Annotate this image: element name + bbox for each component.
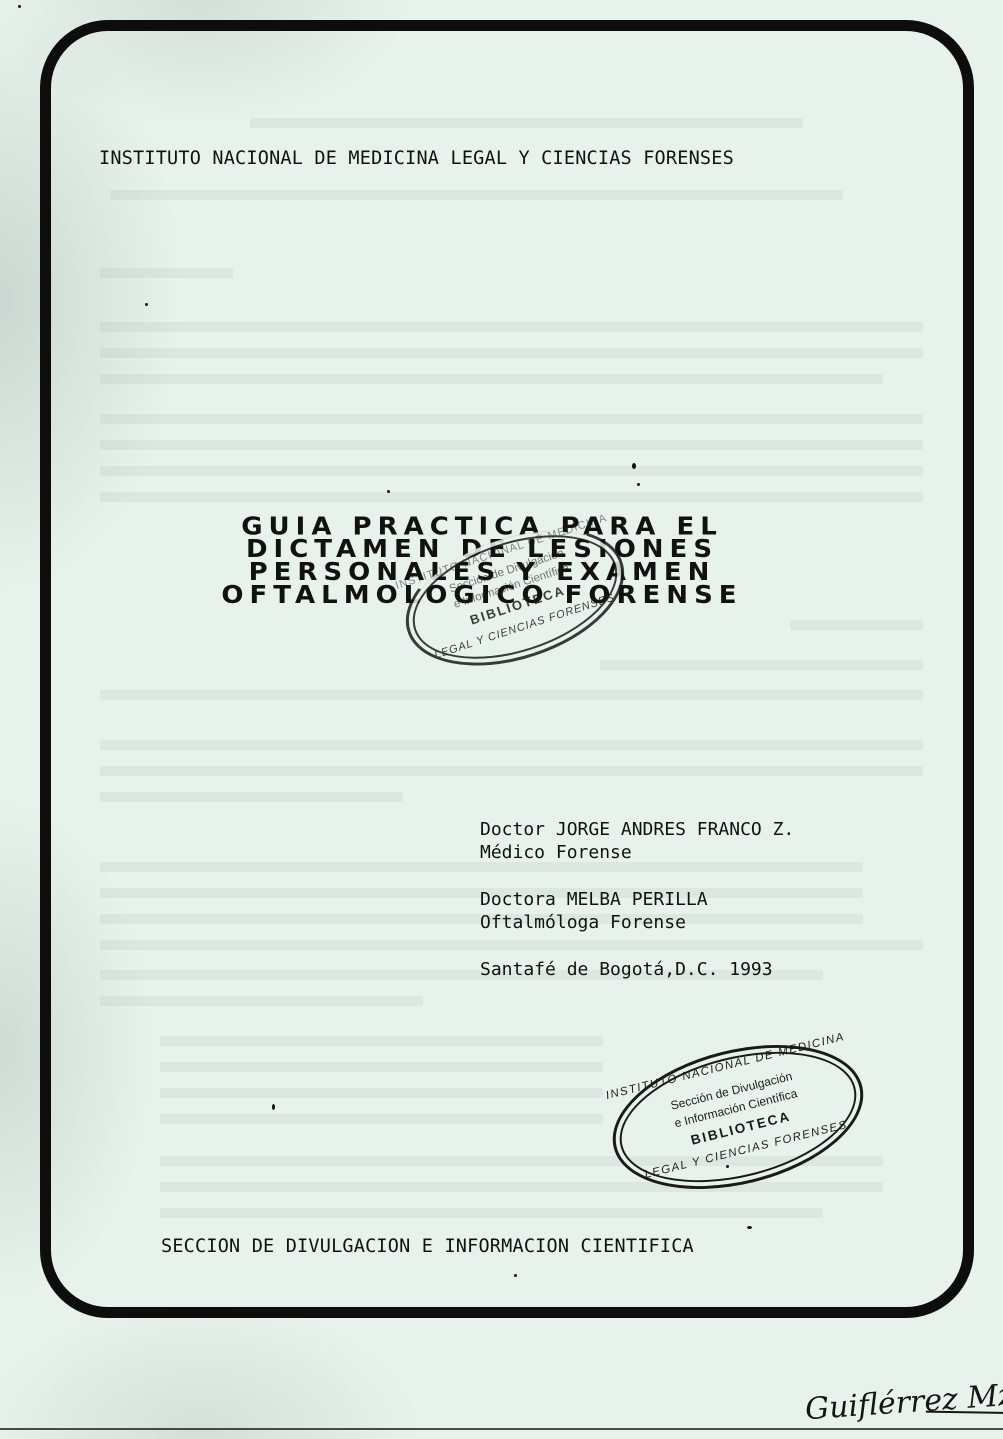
page-edge-line bbox=[0, 1428, 1003, 1430]
author-name: Doctora MELBA PERILLA bbox=[480, 888, 794, 911]
author-role: Oftalmóloga Forense bbox=[480, 911, 794, 934]
scan-speck bbox=[18, 5, 21, 8]
section-name: SECCION DE DIVULGACION E INFORMACION CIE… bbox=[161, 1236, 694, 1257]
author-name: Doctor JORGE ANDRES FRANCO Z. bbox=[480, 818, 794, 841]
place-and-date: Santafé de Bogotá,D.C. 1993 bbox=[480, 958, 794, 981]
author-role: Médico Forense bbox=[480, 841, 794, 864]
authors-block: Doctor JORGE ANDRES FRANCO Z. Médico For… bbox=[480, 818, 794, 981]
institute-name: INSTITUTO NACIONAL DE MEDICINA LEGAL Y C… bbox=[99, 148, 734, 169]
